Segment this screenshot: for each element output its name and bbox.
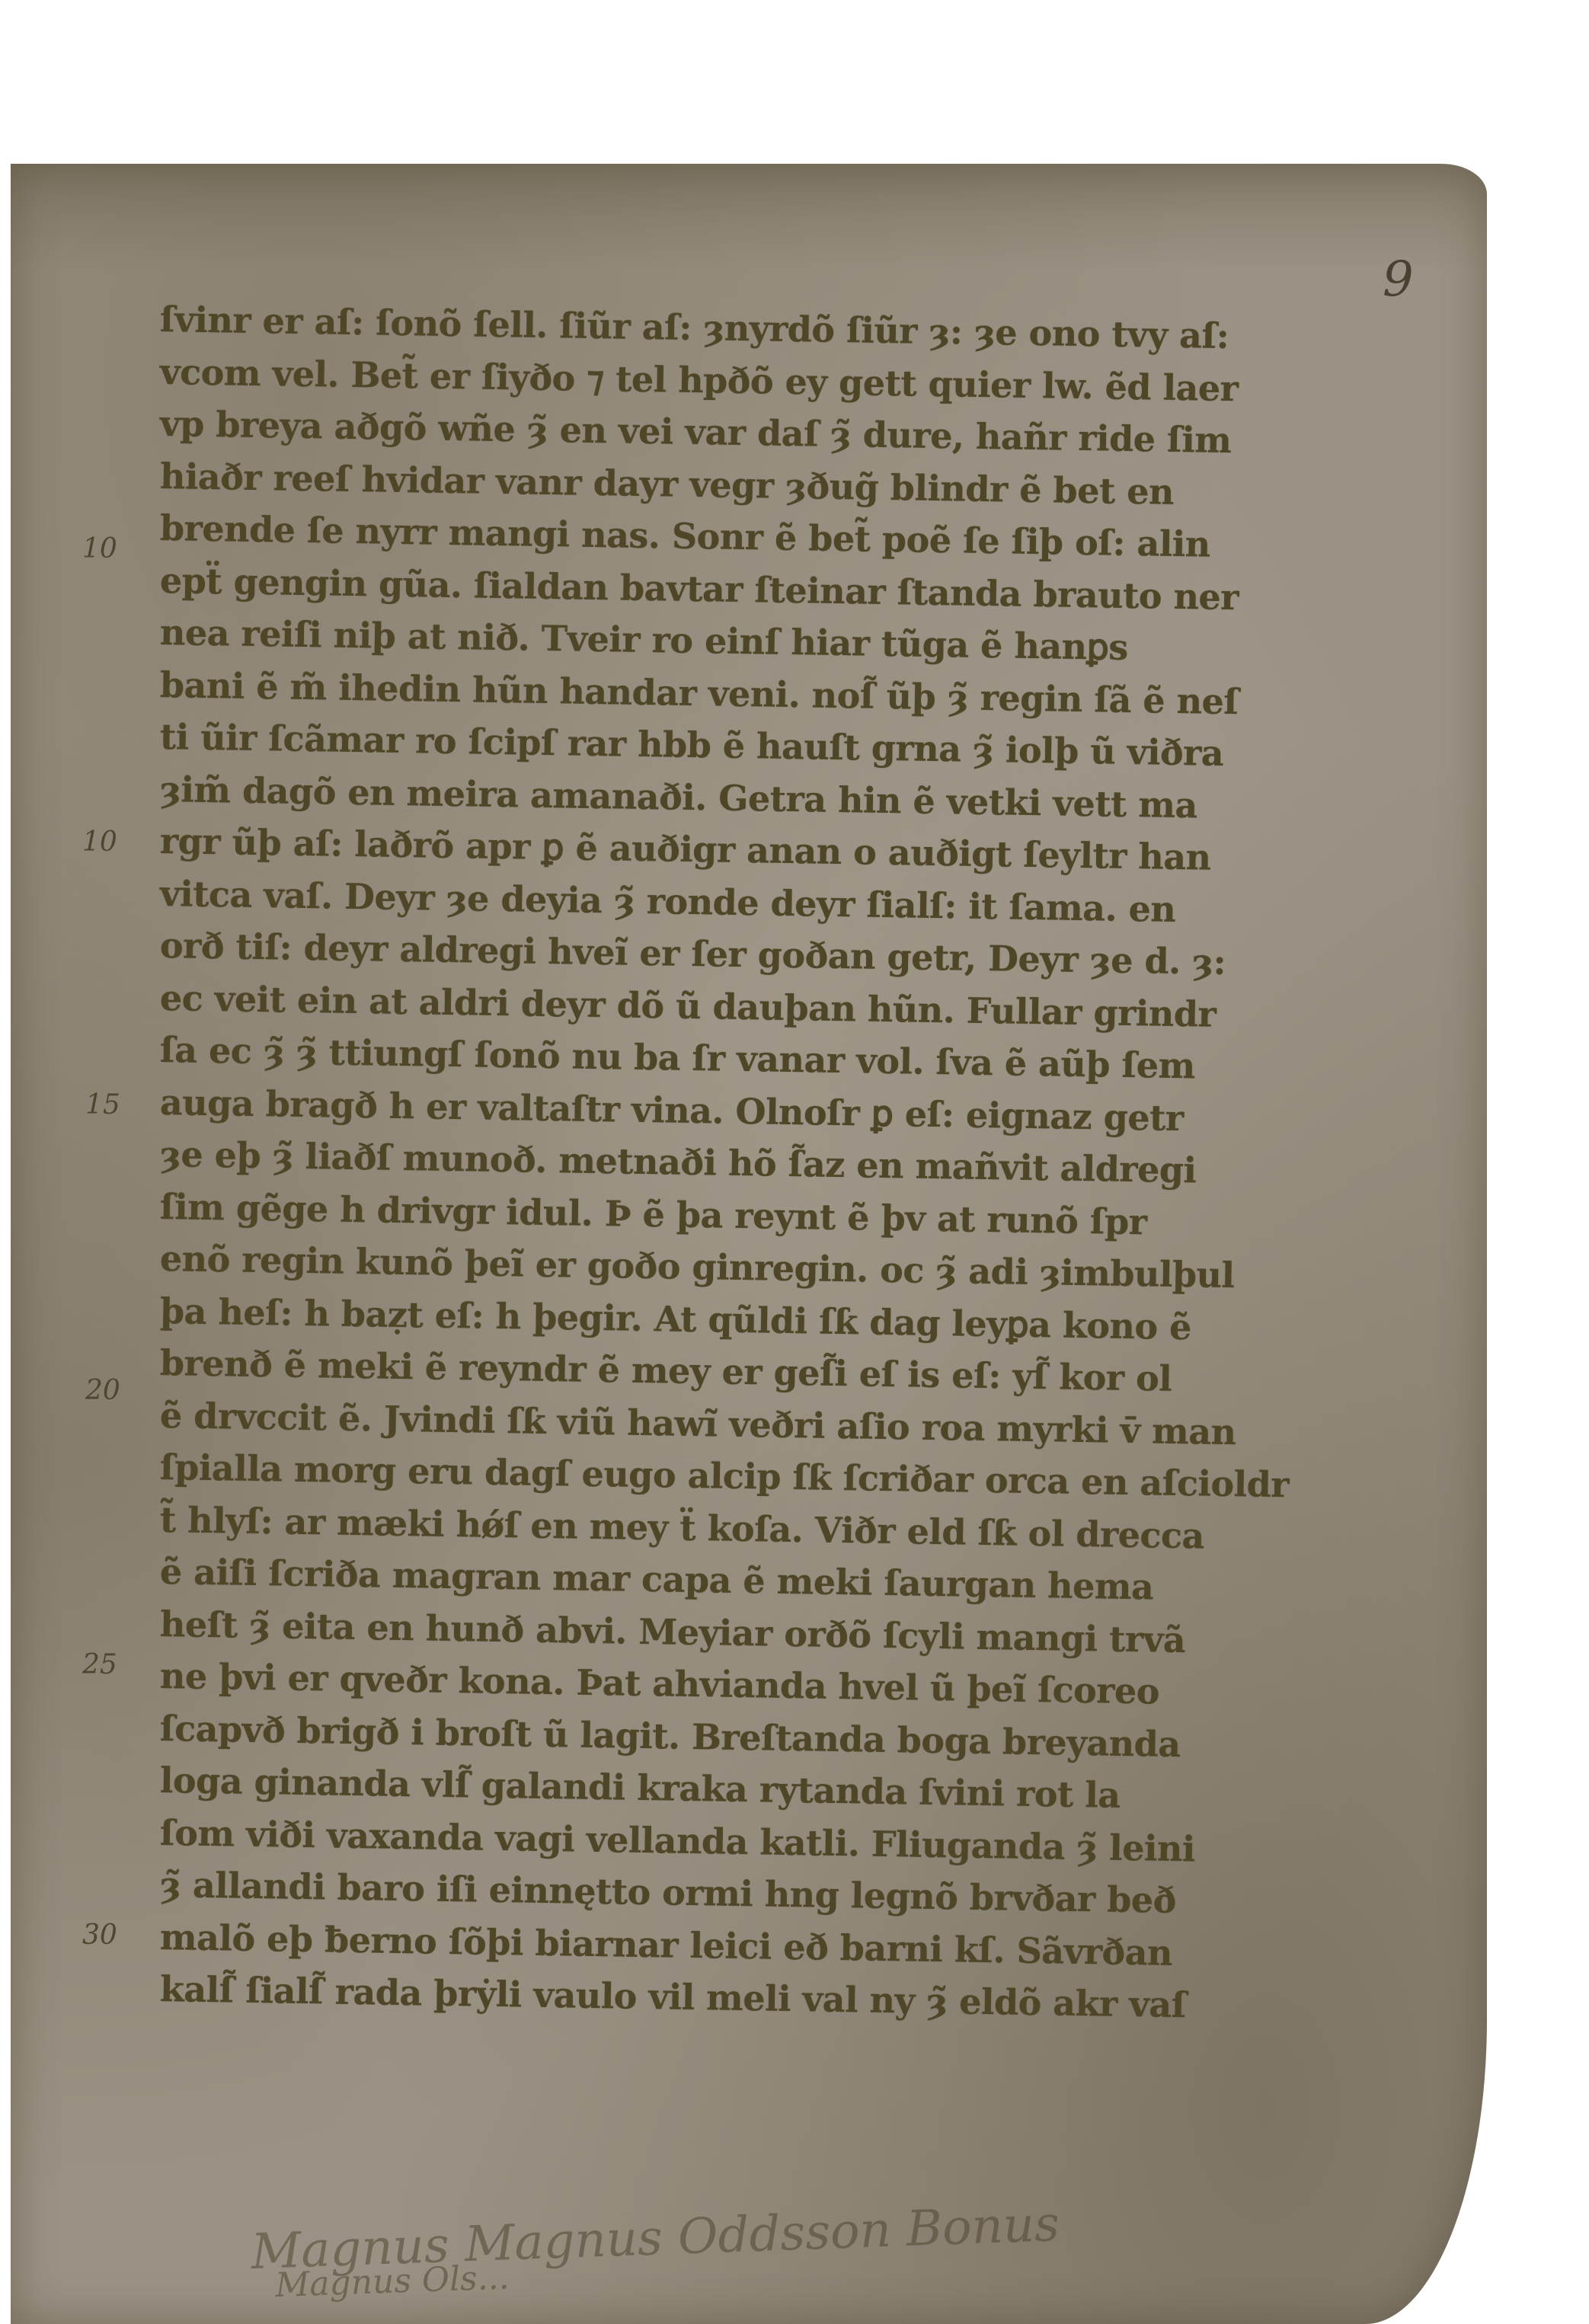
margin-line-number: 10	[82, 826, 117, 858]
margin-line-number: 20	[85, 1375, 120, 1406]
margin-line-number: 10	[82, 533, 117, 564]
margin-line-number: 15	[85, 1089, 120, 1120]
margin-line-number: 30	[82, 1920, 117, 1951]
margin-line-number: 25	[82, 1649, 117, 1680]
manuscript-text: ſvinr er aſ: ſonõ ſell. ſiũr aſ: ȝnyrdõ …	[160, 293, 1409, 2016]
